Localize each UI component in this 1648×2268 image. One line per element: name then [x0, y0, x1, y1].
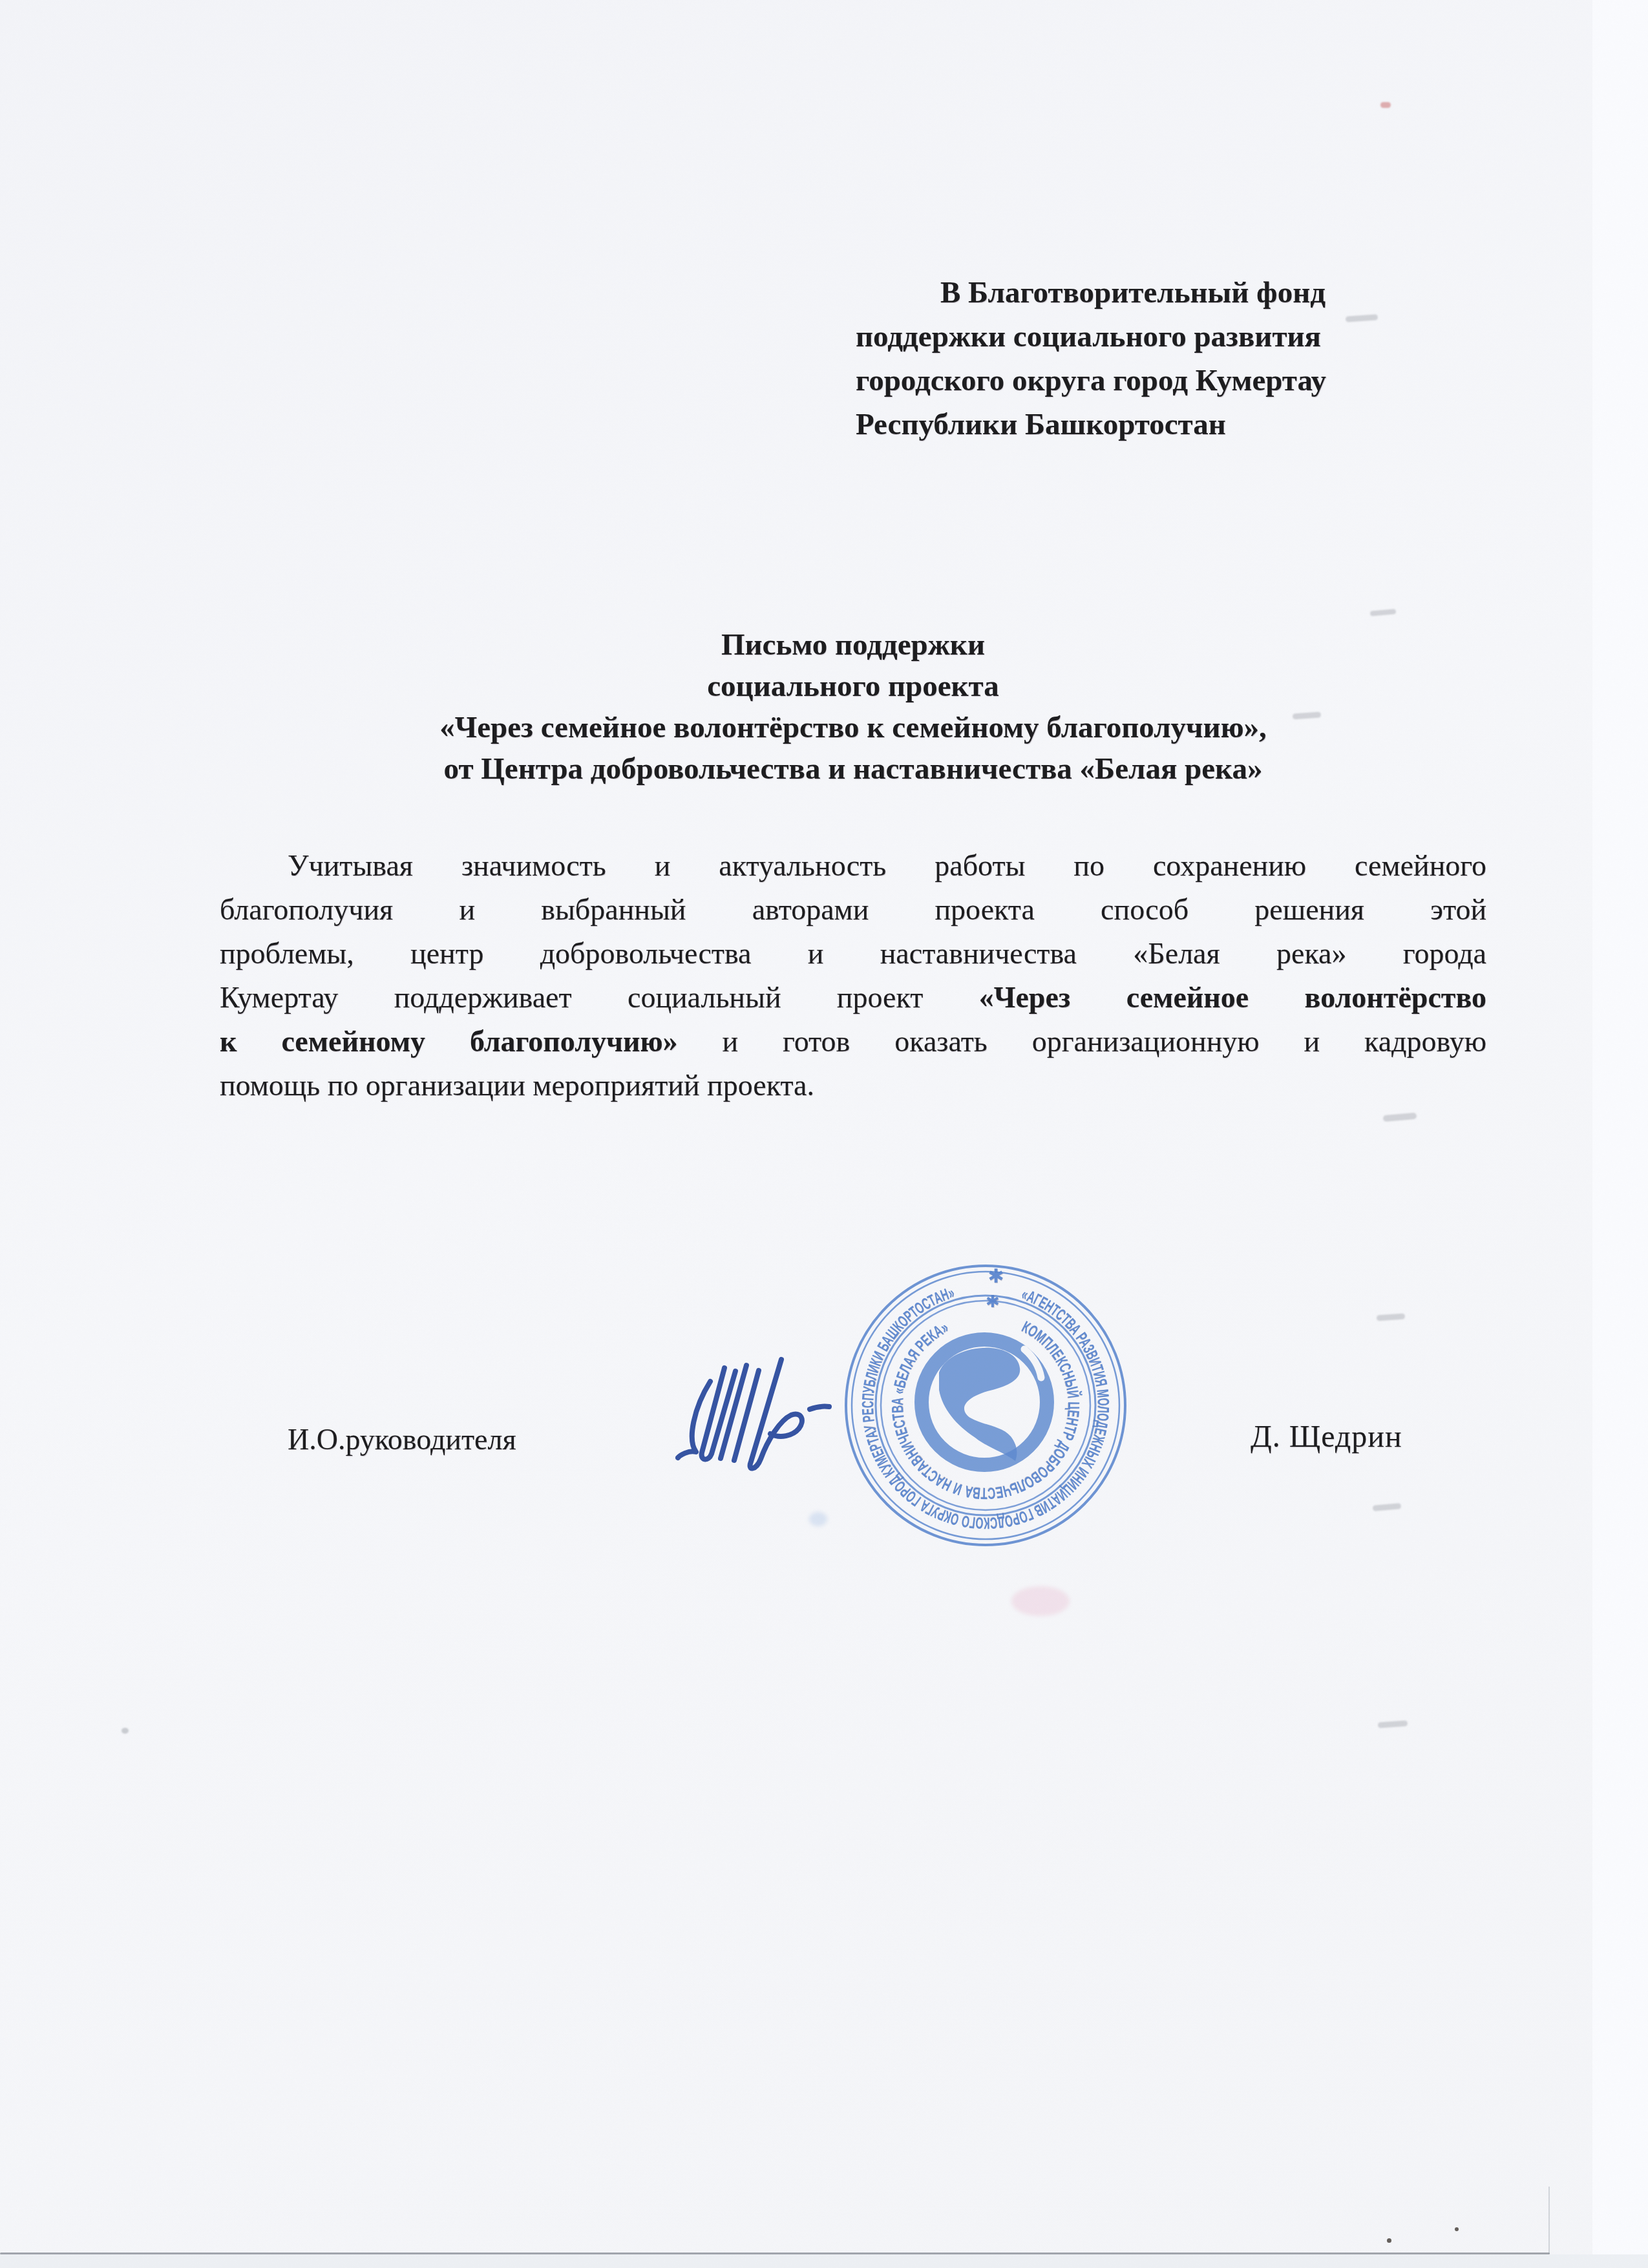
body-line: к семейному благополучию» и готов оказат… [220, 1020, 1486, 1064]
scan-smudge [1370, 609, 1397, 616]
body-line: Кумертау поддерживает социальный проект … [220, 976, 1486, 1020]
paper-corner-edge [1548, 2187, 1550, 2254]
body-line: помощь по организации мероприятий проект… [220, 1064, 1486, 1108]
scan-smudge [121, 1728, 129, 1734]
body-line: благополучия и выбранный авторами проект… [220, 888, 1486, 932]
signature-role-label: И.О.руководителя [288, 1422, 516, 1458]
scan-smudge [1380, 102, 1391, 108]
scan-speck [1455, 2227, 1459, 2231]
t-line: Письмо поддержки [220, 624, 1486, 666]
scan-smudge [1378, 1720, 1408, 1728]
r-line: В Благотворительный фонд [856, 271, 1476, 315]
letter-title: Письмо поддержкисоциального проекта«Чере… [220, 624, 1486, 790]
scan-smudge [1377, 1313, 1406, 1321]
scan-speck [1387, 2238, 1391, 2243]
scan-smudge [809, 1512, 827, 1526]
recipient-block: В Благотворительный фондподдержки социал… [856, 271, 1476, 446]
signatory-name: Д. Щедрин [1251, 1419, 1402, 1455]
r-line: поддержки социального развития [856, 315, 1476, 359]
stamp-river-wave-logo-icon [922, 1339, 1047, 1465]
r-line: Республики Башкортостан [856, 403, 1476, 446]
body-paragraph: Учитывая значимость и актуальность работ… [220, 844, 1486, 1108]
t-line: «Через семейное волонтёрство к семейному… [220, 707, 1486, 748]
body-line: проблемы, центр добровольчества и настав… [220, 932, 1486, 976]
scan-smudge [1011, 1586, 1070, 1616]
t-line: от Центра добровольчества и наставничест… [220, 748, 1486, 790]
scan-right-margin [1592, 0, 1648, 2268]
official-stamp-icon: «АГЕНТСТВА РАЗВИТИЯ МОЛОДЕЖНЫХ ИНИЦИАТИВ… [837, 1257, 1134, 1554]
scan-smudge [1373, 1503, 1402, 1511]
stamp-star-separator-icon: ✱ [986, 1292, 1000, 1311]
t-line: социального проекта [220, 666, 1486, 707]
stamp-star-separator-icon: ✱ [988, 1266, 1004, 1287]
scan-bottom-margin [0, 2254, 1648, 2268]
handwritten-signature [666, 1344, 840, 1480]
body-line: Учитывая значимость и актуальность работ… [220, 844, 1486, 888]
scan-smudge [1383, 1113, 1417, 1122]
scanned-letter-page: В Благотворительный фондподдержки социал… [0, 0, 1648, 2268]
r-line: городского округа город Кумертау [856, 359, 1476, 403]
paper-bottom-edge [0, 2252, 1550, 2254]
